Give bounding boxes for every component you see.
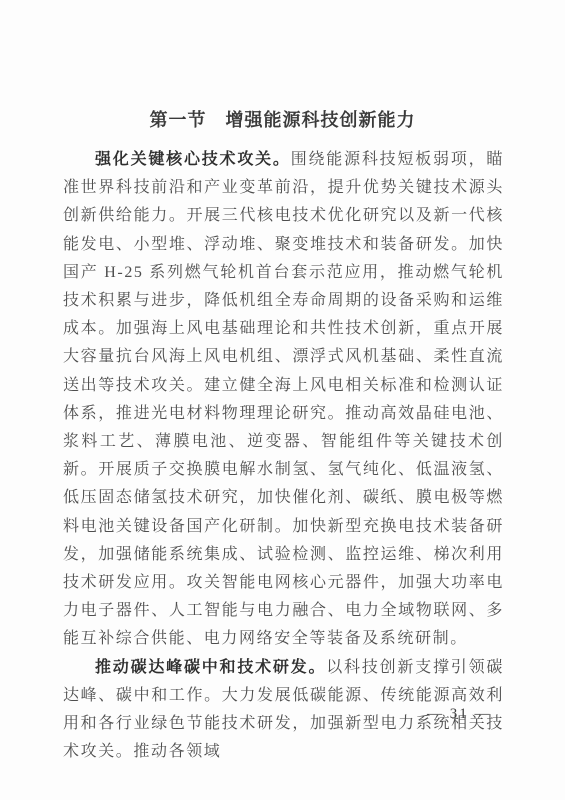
page-content: 强化关键核心技术攻关。围绕能源科技短板弱项，瞄准世界科技前沿和产业变革前沿，提升… — [63, 146, 504, 766]
paragraph-lead: 强化关键核心技术攻关。 — [95, 151, 291, 168]
paragraph-key-core-tech: 强化关键核心技术攻关。围绕能源科技短板弱项，瞄准世界科技前沿和产业变革前沿，提升… — [63, 146, 504, 654]
paragraph-lead: 推动碳达峰碳中和技术研发。 — [95, 659, 326, 676]
document-page: 第一节 增强能源科技创新能力 强化关键核心技术攻关。围绕能源科技短板弱项，瞄准世… — [0, 0, 565, 800]
page-number: — 31 — — [427, 706, 492, 723]
section-title: 第一节 增强能源科技创新能力 — [0, 106, 565, 132]
paragraph-body: 围绕能源科技短板弱项，瞄准世界科技前沿和产业变革前沿，提升优势关键技术源头创新供… — [63, 151, 504, 647]
